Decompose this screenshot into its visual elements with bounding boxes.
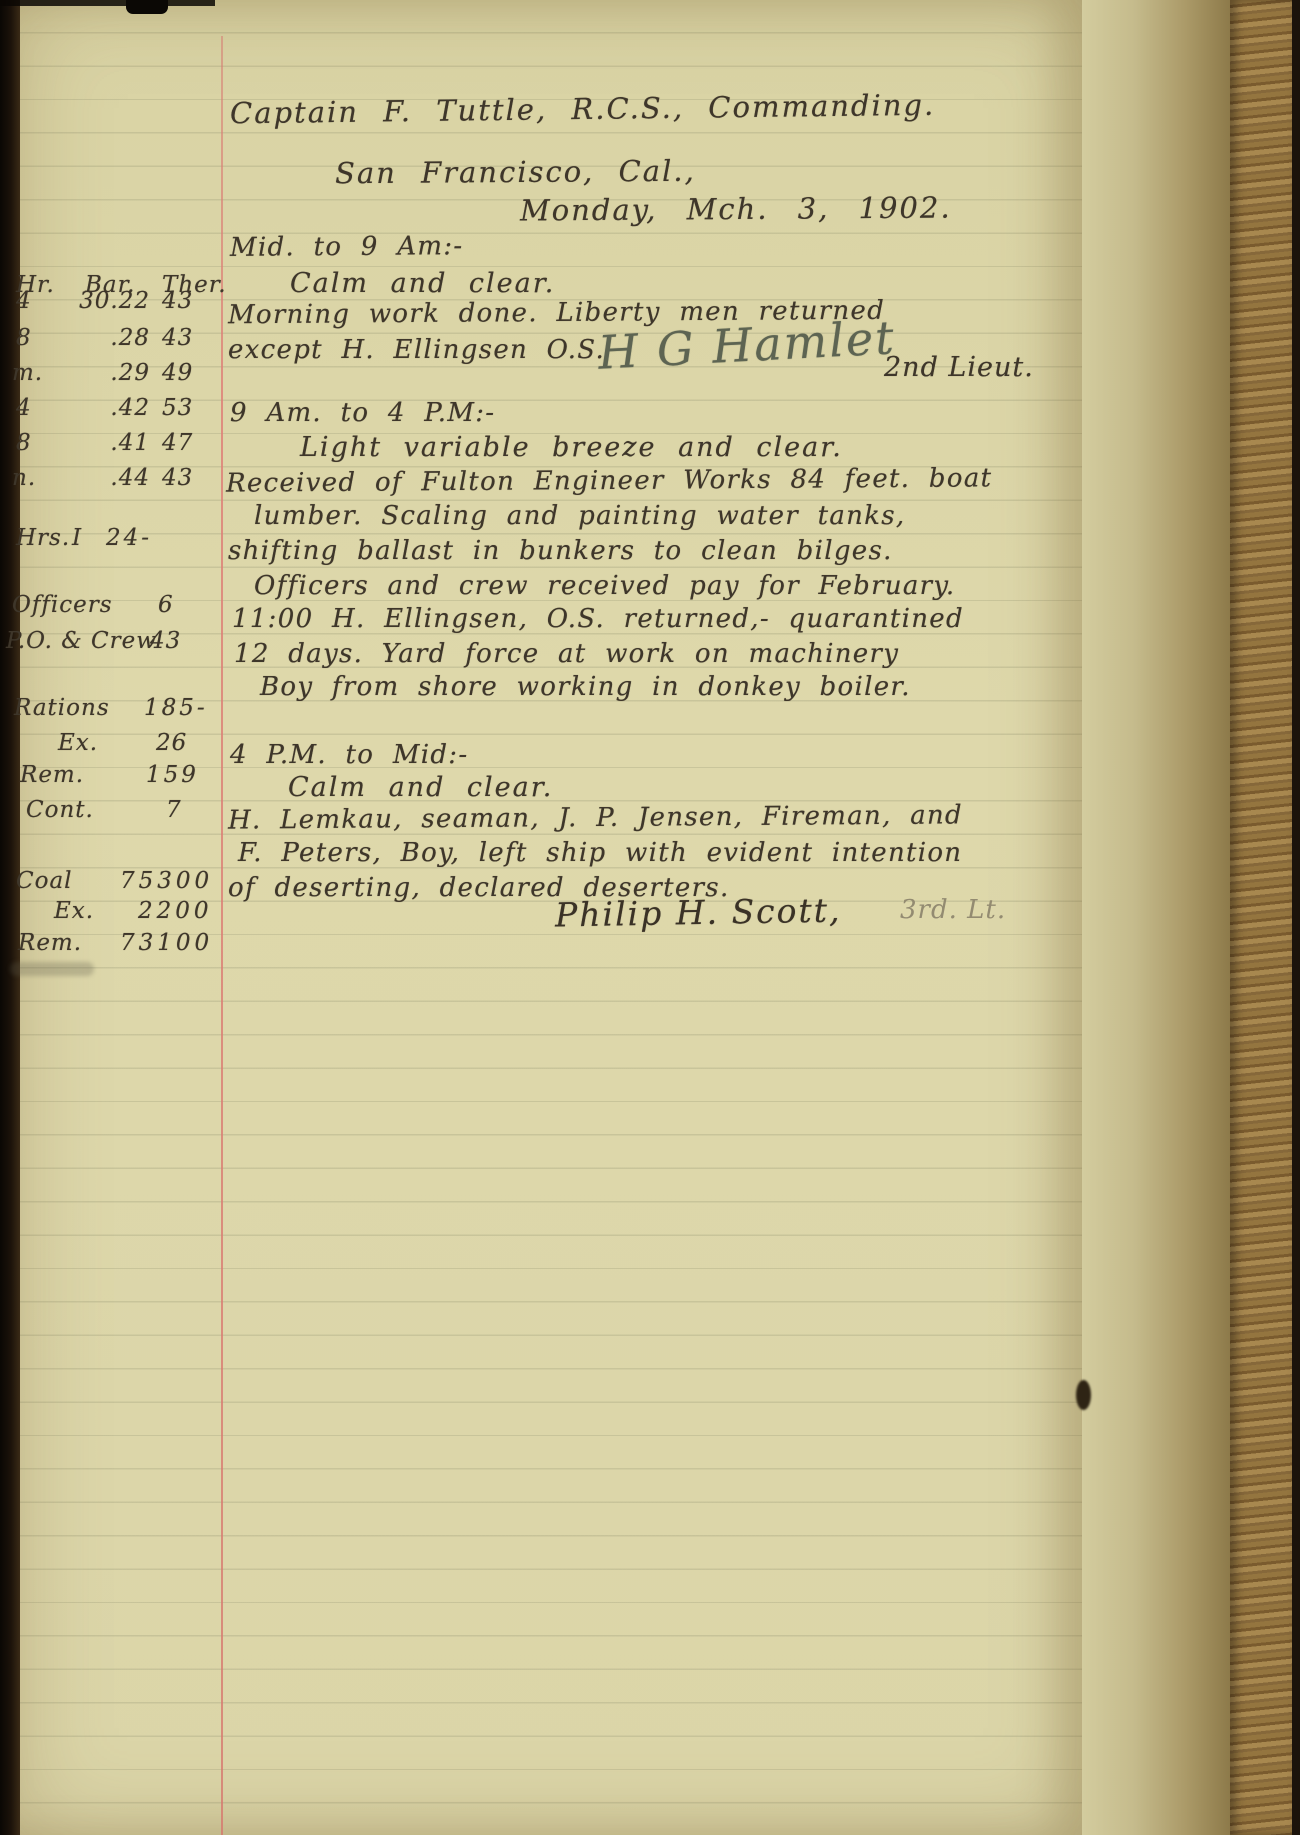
obs-row-bar: 30.22 bbox=[55, 288, 150, 314]
binding-notch bbox=[126, 0, 168, 14]
rations-label: Ex. bbox=[58, 730, 98, 756]
obs-row-ther: 53 bbox=[162, 395, 193, 421]
right-dark-edge bbox=[1292, 0, 1300, 1835]
watch2-heading: 9 Am. to 4 P.M:- bbox=[230, 398, 495, 428]
officer-rank-3rd-lt-pencil: 3rd. Lt. bbox=[900, 895, 1006, 925]
date-line: Monday, Mch. 3, 1902. bbox=[520, 190, 952, 227]
watch3-heading: 4 P.M. to Mid:- bbox=[230, 740, 468, 770]
watch2-weather: Light variable breeze and clear. bbox=[300, 432, 843, 463]
watch3-entry-line: H. Lemkau, seaman, J. P. Jensen, Fireman… bbox=[228, 800, 963, 835]
watch3-weather: Calm and clear. bbox=[288, 772, 553, 803]
watch1-heading: Mid. to 9 Am:- bbox=[230, 231, 464, 263]
rations-label: Rations bbox=[14, 695, 110, 721]
officer-signature-scott: Philip H. Scott, bbox=[555, 891, 842, 935]
muster-label: P.O. & Crew bbox=[6, 628, 157, 654]
rations-label: Rem. bbox=[20, 762, 84, 788]
obs-row-hr: 8 bbox=[16, 325, 32, 351]
watch2-entry-line: 11:00 H. Ellingsen, O.S. returned,- quar… bbox=[232, 604, 964, 634]
page-curl-shadow bbox=[1082, 0, 1230, 1835]
muster-value: 43 bbox=[150, 628, 181, 654]
muster-value: 6 bbox=[158, 592, 174, 618]
obs-row-hr: n. bbox=[12, 465, 36, 491]
obs-row-hr: 4 bbox=[16, 395, 32, 421]
watch3-entry-line: F. Peters, Boy, left ship with evident i… bbox=[238, 838, 962, 868]
obs-row-hr: 8 bbox=[16, 430, 32, 456]
obs-row-bar: .42 bbox=[55, 395, 150, 421]
hours-label: Hrs. bbox=[16, 525, 70, 551]
watch2-entry-line: Received of Fulton Engineer Works 84 fee… bbox=[226, 463, 993, 498]
coal-label: Ex. bbox=[54, 898, 94, 924]
watch1-weather: Calm and clear. bbox=[290, 268, 555, 299]
watch2-entry-line: Boy from shore working in donkey boiler. bbox=[260, 672, 911, 702]
obs-row-ther: 43 bbox=[162, 288, 193, 314]
coal-label: Coal bbox=[16, 868, 73, 894]
coal-label: Rem. bbox=[18, 930, 82, 956]
coal-value: 73100 bbox=[120, 930, 213, 956]
rations-label: Cont. bbox=[26, 797, 94, 823]
coal-value: 75300 bbox=[120, 868, 213, 894]
ink-blot bbox=[1076, 1380, 1091, 1410]
muster-label: Officers bbox=[12, 592, 113, 618]
rations-value: 159 bbox=[146, 762, 199, 788]
watch2-entry-line: lumber. Scaling and painting water tanks… bbox=[254, 501, 905, 531]
obs-row-hr: m. bbox=[12, 360, 43, 386]
location-line: San Francisco, Cal., bbox=[335, 154, 696, 191]
obs-row-bar: .41 bbox=[55, 430, 150, 456]
obs-row-ther: 49 bbox=[162, 360, 193, 386]
coal-value: 2200 bbox=[138, 898, 213, 924]
obs-row-ther: 43 bbox=[162, 325, 193, 351]
top-edge-shadow bbox=[0, 0, 215, 6]
officer-rank-2nd-lieut: 2nd Lieut. bbox=[884, 352, 1034, 383]
obs-row-ther: 43 bbox=[162, 465, 193, 491]
watch2-entry-line: 12 days. Yard force at work on machinery bbox=[234, 639, 899, 669]
watch2-entry-line: Officers and crew received pay for Febru… bbox=[254, 571, 956, 601]
obs-row-bar: .44 bbox=[55, 465, 150, 491]
pencil-smudge bbox=[10, 962, 94, 976]
obs-row-ther: 47 bbox=[162, 430, 193, 456]
red-margin-rule bbox=[221, 36, 223, 1835]
marbled-fore-edge bbox=[1230, 0, 1292, 1835]
rations-value: 185- bbox=[144, 695, 208, 721]
watch2-entry-line: shifting ballast in bunkers to clean bil… bbox=[228, 536, 893, 566]
hours-symbol: I bbox=[72, 525, 82, 551]
obs-row-bar: .29 bbox=[55, 360, 150, 386]
watch1-entry-line: except H. Ellingsen O.S. bbox=[228, 335, 605, 365]
logbook-page: Captain F. Tuttle, R.C.S., Commanding. S… bbox=[0, 0, 1300, 1835]
rations-value: 26 bbox=[156, 730, 187, 756]
hours-value: 24- bbox=[106, 525, 152, 551]
obs-row-hr: 4 bbox=[16, 288, 32, 314]
rations-value: 7 bbox=[166, 797, 182, 823]
obs-row-bar: .28 bbox=[55, 325, 150, 351]
